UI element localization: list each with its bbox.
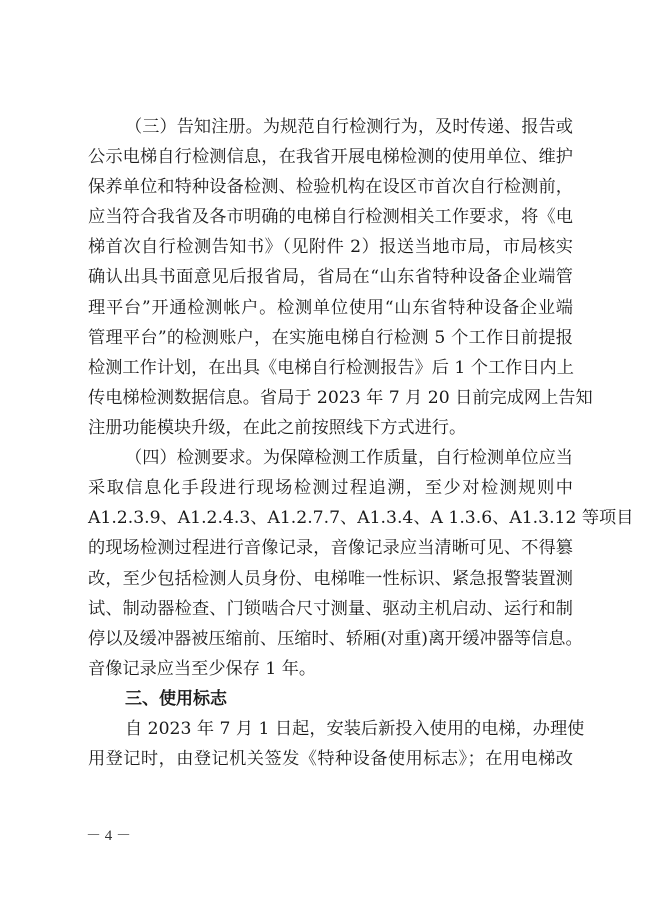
section-heading: 三、使用标志 (125, 684, 573, 714)
paragraph-line: 用登记时，由登记机关签发《特种设备使用标志》；在用电梯改 (88, 744, 573, 774)
paragraph-line: 试、制动器检查、门锁啮合尺寸测量、驱动主机启动、运行和制 (88, 594, 573, 624)
paragraph-line: 管理平台”的检测账户，在实施电梯自行检测 5 个工作日前提报 (88, 323, 573, 353)
paragraph-line: 注册功能模块升级，在此之前按照线下方式进行。 (88, 413, 573, 443)
paragraph-line: （四）检测要求。为保障检测工作质量，自行检测单位应当 (125, 443, 573, 473)
paragraph-line: 音像记录应当至少保存 1 年。 (88, 654, 573, 684)
paragraph-line: 自 2023 年 7 月 1 日起，安装后新投入使用的电梯，办理使 (125, 714, 573, 744)
paragraph-line: A1.2.3.9、A1.2.4.3、A1.2.7.7、A1.3.4、A 1.3.… (88, 503, 573, 533)
document-page: （三）告知注册。为规范自行检测行为，及时传递、报告或 公示电梯自行检测信息，在我… (0, 0, 655, 917)
paragraph-line: 采取信息化手段进行现场检测过程追溯，至少对检测规则中 (88, 473, 573, 503)
paragraph-line: 停以及缓冲器被压缩前、压缩时、轿厢(对重)离开缓冲器等信息。 (88, 624, 573, 654)
page-number: － 4 － (86, 826, 131, 846)
paragraph-line: 确认出具书面意见后报省局，省局在“山东省特种设备企业端管 (88, 262, 573, 292)
paragraph-line: 应当符合我省及各市明确的电梯自行检测相关工作要求，将《电 (88, 202, 573, 232)
paragraph-line: 检测工作计划，在出具《电梯自行检测报告》后 1 个工作日内上 (88, 353, 573, 383)
paragraph-line: 理平台”开通检测帐户。检测单位使用“山东省特种设备企业端 (88, 293, 573, 323)
paragraph-line: 的现场检测过程进行音像记录，音像记录应当清晰可见、不得篡 (88, 533, 573, 563)
paragraph-line: （三）告知注册。为规范自行检测行为，及时传递、报告或 (125, 112, 573, 142)
paragraph-line: 公示电梯自行检测信息，在我省开展电梯检测的使用单位、维护 (88, 142, 573, 172)
paragraph-line: 传电梯检测数据信息。省局于 2023 年 7 月 20 日前完成网上告知 (88, 383, 573, 413)
paragraph-line: 梯首次自行检测告知书》（见附件 2）报送当地市局，市局核实 (88, 232, 573, 262)
paragraph-line: 保养单位和特种设备检测、检验机构在设区市首次自行检测前， (88, 172, 573, 202)
paragraph-line: 改，至少包括检测人员身份、电梯唯一性标识、紧急报警装置测 (88, 564, 573, 594)
